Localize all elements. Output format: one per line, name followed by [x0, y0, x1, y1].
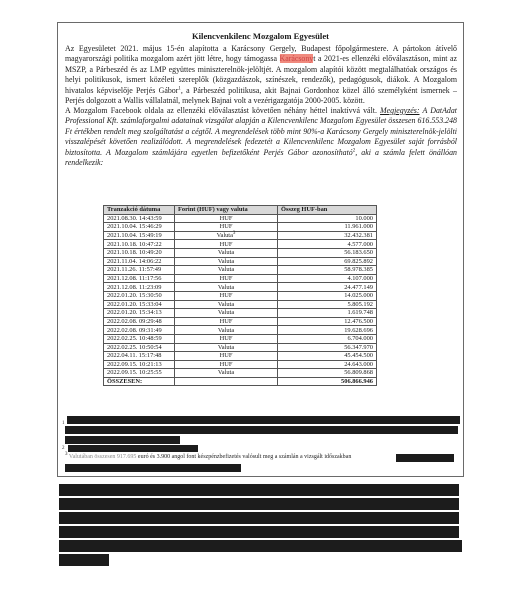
- cell-amount: 11.961.000: [278, 223, 377, 232]
- transactions-table: Tranzakció dátuma Forint (HUF) vagy valu…: [103, 205, 377, 386]
- cell-amount: 56.809.868: [278, 369, 377, 378]
- table-row: 2022.04.11. 15:17:48HUF45.454.500: [104, 352, 377, 361]
- table-row: 2021.08.30. 14:43:59HUF10.000: [104, 214, 377, 223]
- cell-currency: Valuta: [175, 369, 278, 378]
- cell-amount: 32.432.381: [278, 231, 377, 240]
- table-row: 2021.10.04. 15:49:19Valuta332.432.381: [104, 231, 377, 240]
- cell-amount: 4.107.000: [278, 274, 377, 283]
- redaction-bar: [59, 540, 462, 552]
- redaction-bar: [59, 526, 459, 538]
- cell-date: 2022.01.20. 15:30:50: [104, 291, 175, 300]
- cell-currency: Valuta: [175, 309, 278, 318]
- cell-date: 2021.10.18. 10:47:22: [104, 240, 175, 249]
- table-row: 2021.10.18. 10:47:22HUF4.577.000: [104, 240, 377, 249]
- cell-currency: HUF: [175, 274, 278, 283]
- table-row: 2022.02.08. 09:29:48HUF12.476.500: [104, 317, 377, 326]
- cell-currency: HUF: [175, 223, 278, 232]
- cell-amount: 58.978.385: [278, 266, 377, 275]
- cell-amount: 19.628.696: [278, 326, 377, 335]
- redaction-bar: [59, 512, 459, 524]
- header-amount: Összeg HUF-ban: [278, 206, 377, 215]
- cell-amount: 4.577.000: [278, 240, 377, 249]
- cell-amount: 5.805.192: [278, 300, 377, 309]
- note-label: Megjegyzés:: [380, 106, 419, 115]
- redaction-bar: [68, 445, 198, 452]
- cell-amount: 56.183.650: [278, 248, 377, 257]
- table-total-row: ÖSSZESEN:506.866.946: [104, 377, 377, 386]
- table-header-row: Tranzakció dátuma Forint (HUF) vagy valu…: [104, 206, 377, 215]
- total-amount: 506.866.946: [278, 377, 377, 386]
- table-row: 2022.02.25. 10:50:54Valuta56.347.970: [104, 343, 377, 352]
- table-row: 2021.11.04. 14:06:22Valuta69.825.892: [104, 257, 377, 266]
- table-row: 2021.12.08. 11:23:09Valuta24.477.149: [104, 283, 377, 292]
- cell-currency: Valuta: [175, 326, 278, 335]
- table-row: 2022.02.08. 09:31:49Valuta19.628.696: [104, 326, 377, 335]
- cell-currency: Valuta: [175, 283, 278, 292]
- cell-currency: HUF: [175, 360, 278, 369]
- cell-currency: Valuta: [175, 300, 278, 309]
- footnote-3-faded-text: Valutában összesen 917.695: [69, 454, 137, 460]
- cell-date: 2022.02.25. 10:48:59: [104, 334, 175, 343]
- cell-date: 2022.09.15. 10:25:55: [104, 369, 175, 378]
- redaction-bar: [67, 416, 460, 424]
- cell-date: 2021.12.08. 11:17:56: [104, 274, 175, 283]
- note-plain-text: A Mozgalom Facebook oldala az ellenzéki …: [65, 106, 380, 115]
- cell-amount: 56.347.970: [278, 343, 377, 352]
- header-date: Tranzakció dátuma: [104, 206, 175, 215]
- redaction-bar: [59, 554, 109, 566]
- cell-date: 2022.02.08. 09:31:49: [104, 326, 175, 335]
- cell-amount: 12.476.500: [278, 317, 377, 326]
- redaction-bar: [65, 426, 458, 434]
- redaction-bar: [396, 454, 454, 462]
- table-row: 2022.01.20. 15:33:04Valuta5.805.192: [104, 300, 377, 309]
- cell-date: 2021.10.18. 10:49:20: [104, 248, 175, 257]
- cell-date: 2022.04.11. 15:17:48: [104, 352, 175, 361]
- redaction-bar: [65, 464, 241, 472]
- cell-currency: HUF: [175, 334, 278, 343]
- cell-currency: HUF: [175, 214, 278, 223]
- cell-currency: HUF: [175, 240, 278, 249]
- cell-date: 2021.11.26. 11:57:49: [104, 266, 175, 275]
- redaction-bar: [59, 498, 459, 510]
- cell-date: 2022.01.20. 15:33:04: [104, 300, 175, 309]
- cell-currency: HUF: [175, 352, 278, 361]
- cell-amount: 1.619.748: [278, 309, 377, 318]
- cell-amount: 69.825.892: [278, 257, 377, 266]
- cell-amount: 24.643.000: [278, 360, 377, 369]
- cell-date: 2021.10.04. 15:46:29: [104, 223, 175, 232]
- cell-amount: 10.000: [278, 214, 377, 223]
- intro-paragraph: Az Egyesületet 2021. május 15-én alapíto…: [65, 44, 457, 106]
- cell-amount: 14.025.000: [278, 291, 377, 300]
- footnote-mark-3: 3: [65, 452, 68, 457]
- document-box: Kilencvenkilenc Mozgalom Egyesület Az Eg…: [57, 22, 464, 477]
- table-row: 2022.02.25. 10:48:59HUF6.704.000: [104, 334, 377, 343]
- table-row: 2021.10.04. 15:46:29HUF11.961.000: [104, 223, 377, 232]
- cell-currency: HUF: [175, 317, 278, 326]
- footnote-3: 3 Valutában összesen 917.695 euró és 3.9…: [65, 454, 351, 460]
- cell-date: 2021.11.04. 14:06:22: [104, 257, 175, 266]
- document-title: Kilencvenkilenc Mozgalom Egyesület: [58, 31, 463, 41]
- cell-currency: Valuta: [175, 343, 278, 352]
- footnote-3-text: euró és 3.900 angol font készpénzbefizet…: [136, 454, 351, 460]
- table-row: 2021.11.26. 11:57:49Valuta58.978.385: [104, 266, 377, 275]
- table-row: 2022.09.15. 10:25:55Valuta56.809.868: [104, 369, 377, 378]
- header-currency: Forint (HUF) vagy valuta: [175, 206, 278, 215]
- cell-date: 2021.10.04. 15:49:19: [104, 231, 175, 240]
- cell-currency: HUF: [175, 291, 278, 300]
- cell-date: 2021.12.08. 11:23:09: [104, 283, 175, 292]
- table-row: 2022.01.20. 15:34:13Valuta1.619.748: [104, 309, 377, 318]
- cell-date: 2021.08.30. 14:43:59: [104, 214, 175, 223]
- redaction-bar: [59, 484, 459, 496]
- highlighted-name: Karácsony: [280, 54, 314, 63]
- table-row: 2022.09.15. 10:21:13HUF24.643.000: [104, 360, 377, 369]
- table-row: 2021.12.08. 11:17:56HUF4.107.000: [104, 274, 377, 283]
- cell-date: 2022.09.15. 10:21:13: [104, 360, 175, 369]
- note-paragraph: A Mozgalom Facebook oldala az ellenzéki …: [65, 106, 457, 168]
- cell-date: 2022.01.20. 15:34:13: [104, 309, 175, 318]
- total-label: ÖSSZESEN:: [104, 377, 175, 386]
- table-row: 2021.10.18. 10:49:20Valuta56.183.650: [104, 248, 377, 257]
- table-row: 2022.01.20. 15:30:50HUF14.025.000: [104, 291, 377, 300]
- cell-currency: Valuta3: [175, 231, 278, 240]
- cell-date: 2022.02.08. 09:29:48: [104, 317, 175, 326]
- cell-amount: 6.704.000: [278, 334, 377, 343]
- cell-date: 2022.02.25. 10:50:54: [104, 343, 175, 352]
- cell-currency: Valuta: [175, 248, 278, 257]
- cell-currency: Valuta: [175, 266, 278, 275]
- redaction-bar: [65, 436, 180, 444]
- total-empty: [175, 377, 278, 386]
- cell-currency: Valuta: [175, 257, 278, 266]
- cell-amount: 45.454.500: [278, 352, 377, 361]
- footnote-mark-2: 2: [62, 446, 65, 451]
- cell-amount: 24.477.149: [278, 283, 377, 292]
